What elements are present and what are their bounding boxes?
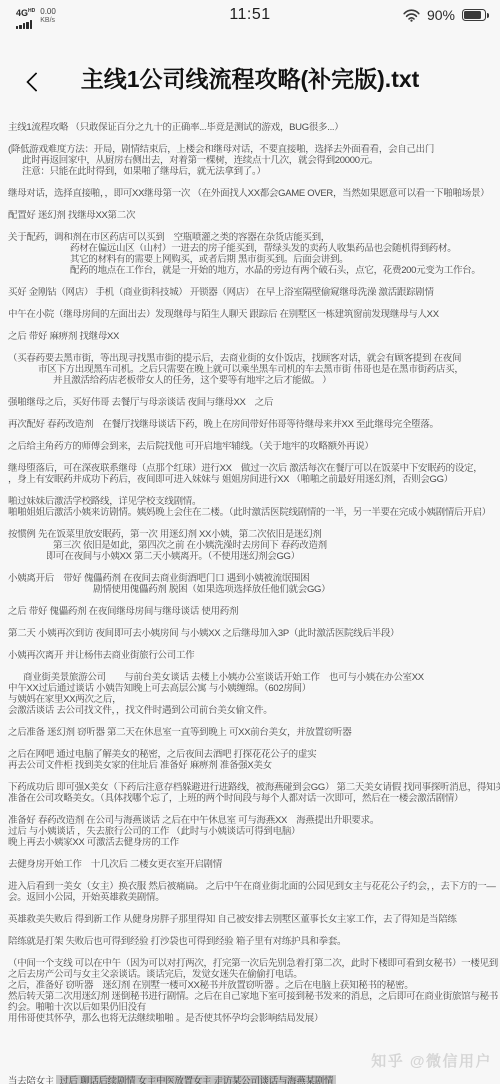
text-line: 之后 带好 麻痹剂 找继母XX (8, 331, 500, 342)
paragraph: 强啪继母之后，买好伟哥 去餐厅与母亲谈话 夜间与继母XX 之后 (8, 397, 500, 408)
text-line: 强啪继母之后，买好伟哥 去餐厅与母亲谈话 夜间与继母XX 之后 (8, 397, 500, 408)
paragraph: 买好 金刚钻（网店） 手机（商业街科技城） 开锁器（网店） 在早上浴室隔壁偷窥继… (8, 287, 500, 298)
text-line: 晚上再去小姨家XX 可激活去健身房的工作 (8, 837, 500, 848)
paragraph: 进入后看到一美女（女主）换衣服 然后被痛扁。 之后中午在商业街北面的公园见到女主… (8, 881, 500, 903)
watermark-label: 知乎 @微信用户 (371, 1050, 492, 1071)
text-line: 之后准备 迷幻剂 窃听器 第二天在休息室一直等到晚上 可XX前台美女，并放置窃听… (8, 727, 500, 738)
paragraph: 第二天 小姨再次到访 夜间即可去小姨房间 与小姨XX 之后继母加入3P（此时激活… (8, 628, 500, 639)
text-line: 之后在网吧 通过电脑了解美女的秘密，之后夜间去酒吧 打探花花公子的虚实 (8, 749, 500, 760)
text-line: 之后给主角药方的师傅会到来，去后院找他 可开启地牢辅线。（关于地牢的攻略额外再说… (8, 441, 500, 452)
text-line: 小姨再次离开 并让杨伟去商业街旅行公司工作 (8, 650, 500, 661)
text-line: 陪练就是打架 失败后也可得到经验 打沙袋也可得到经验 箱子里有对练护具和拳套。 (8, 936, 500, 947)
text-line: （中间一个支线 可以在中午（因为可以对打两次，打完第一次后先别急着打第二次，此时… (8, 958, 500, 969)
text-line: 其它的材料有的需要上网购买，或者后期 黑市街买到。后面会讲到。 (8, 254, 500, 265)
paragraph: 配置好 迷幻剂 找继母XX第二次 (8, 210, 500, 221)
clipped-line-prefix: 当去陪女主 (8, 1076, 56, 1084)
text-line: 再去公司文件柜 找到美女家的住址后 准备好 麻痹剂 准备强X美女 (8, 760, 500, 771)
text-line: 第二天 小姨再次到访 夜间即可去小姨房间 与小姨XX 之后继母加入3P（此时激活… (8, 628, 500, 639)
text-line: (降低游戏难度方法：开局，剧情结束后，上楼会和继母对话，不要直接啪，选择去外面看… (8, 144, 500, 155)
text-line: 剧情使用傀儡药剂 脱困（如果选项选择放任他们就会GG） (8, 584, 500, 595)
clock-time: 11:51 (0, 6, 500, 24)
paragraph: 准备好 春药改造剂 在公司与海燕谈话 之后在中午休息室 可与海燕XX 海燕提出升… (8, 815, 500, 848)
back-button[interactable] (22, 69, 48, 95)
paragraph: 之后准备 迷幻剂 窃听器 第二天在休息室一直等到晚上 可XX前台美女，并放置窃听… (8, 727, 500, 738)
paragraph: （买春药要去黑市街，等出现寻找黑市街的提示后，去商业街的女仆饭店，找顾客对话，就… (8, 353, 500, 386)
text-line: 过后 与小姨谈话 ，失去旅行公司的工作 （此时与小姨谈话可得到电脑） (8, 826, 500, 837)
text-line: 关于配药，调和剂在市区药店可以买到 空瓶喷灌之类的容器在杂货店能买到， (8, 232, 500, 243)
text-line: 主线1流程攻略 （只敢保证百分之九十的正确率...毕竟是测试的游戏，BUG很多.… (8, 122, 500, 133)
clipped-text-line: 当去陪女主 过后 聊话后续剧情 女主中医放置女主 走访某公司谈话与海燕某剧情 (8, 1076, 336, 1084)
file-title: 主线1公司线流程攻略(补完版).txt (60, 61, 440, 94)
text-line: 注意：只能在此时得到，如果啪了继母后，就无法拿到了。） (8, 166, 500, 177)
paragraph: 小姨离开后 带好 傀儡药剂 在夜间去商业街酒吧门口 遇到小姨被流氓围困剧情使用傀… (8, 573, 500, 595)
paragraph: 中午在小院（继母房间的左面出去）发现继母与陌生人聊天 跟踪后 在别墅区一栋建筑窗… (8, 309, 500, 320)
text-line: 继母对话，选择直接啪，，即可XX继母第一次 （在外面找人XX都会GAME OVE… (8, 188, 500, 199)
status-bar: 4GHD 0.00 KB/s 11:51 90% (0, 0, 500, 33)
text-line: 与姨妈在家里XX两次之后， (8, 694, 500, 705)
text-line: 继母堕落后，可在深夜联系继母（点那个红球）进行XX 做过一次后 激活每次在餐厅可… (8, 463, 500, 474)
text-line: 配药的地点在工作台，就是一开始的地方，水晶的旁边有两个破石头，点它，花费200元… (8, 265, 500, 276)
paragraph: 之后 带好 麻痹剂 找继母XX (8, 331, 500, 342)
paragraph: 英雄救美失败后 得到新工作 从健身房胖子那里得知 自己被安排去别墅区董事长女主家… (8, 914, 500, 925)
paragraph: 之后给主角药方的师傅会到来，去后院找他 可开启地牢辅线。（关于地牢的攻略额外再说… (8, 441, 500, 452)
paragraph: 主线1流程攻略 （只敢保证百分之九十的正确率...毕竟是测试的游戏，BUG很多.… (8, 122, 500, 133)
text-line: 商业街美景旅游公司 与前台美女谈话 去楼上小姨办公室谈话开始工作 也可与小姨在办… (8, 672, 500, 683)
text-line: 配置好 迷幻剂 找继母XX第二次 (8, 210, 500, 221)
text-line: 之后，准备好 窃听器 迷幻剂 在别墅一楼可XX秘书并放置窃听器 。之后在电脑上获… (8, 980, 500, 991)
paragraph: 继母对话，选择直接啪，，即可XX继母第一次 （在外面找人XX都会GAME OVE… (8, 188, 500, 199)
paragraph: 小姨再次离开 并让杨伟去商业街旅行公司工作 (8, 650, 500, 661)
text-line: 中午在小院（继母房间的左面出去）发现继母与陌生人聊天 跟踪后 在别墅区一栋建筑窗… (8, 309, 500, 320)
text-line: 此时再返回家中，从厨房右侧出去，对着第一棵树，连续点十几次，就会得到20000元… (8, 155, 500, 166)
paragraph: 按惯例 先在饭菜里放安眠药，第一次 用迷幻剂 XX小姨，第二次依旧是迷幻剂第三次… (8, 529, 500, 562)
text-line: 用伟哥使其怀孕，那么也将无法继续啪啪 。是否使其怀孕均会影响结局发展） (8, 1013, 500, 1024)
text-line: 去健身房开始工作 十几次后 二楼女更衣室开启剧情 (8, 859, 500, 870)
text-line: 之后去房产公司与女主父亲谈话。谈话完后，发觉女迷失在偷偷打电话。 (8, 969, 500, 980)
title-bar: 主线1公司线流程攻略(补完版).txt (0, 33, 500, 110)
paragraph: 继母堕落后，可在深夜联系继母（点那个红球）进行XX 做过一次后 激活每次在餐厅可… (8, 463, 500, 485)
text-line: 进入后看到一美女（女主）换衣服 然后被痛扁。 之后中午在商业街北面的公园见到女主… (8, 881, 500, 892)
text-line: 并且激活给药店老板带女人的任务，这个要等有地牢之后才能做。 ） (8, 375, 500, 386)
text-line: 会。返回小公园，开始英雄救美剧情。 (8, 892, 500, 903)
text-line: 之后 带好 傀儡药剂 在夜间继母房间与继母谈话 使用药剂 (8, 606, 500, 617)
text-line: 小姨离开后 带好 傀儡药剂 在夜间去商业街酒吧门口 遇到小姨被流氓围困 (8, 573, 500, 584)
paragraph: (降低游戏难度方法：开局，剧情结束后，上楼会和继母对话，不要直接啪，选择去外面看… (8, 144, 500, 177)
paragraph: 之后在网吧 通过电脑了解美女的秘密，之后夜间去酒吧 打探花花公子的虚实再去公司文… (8, 749, 500, 771)
text-line: 第三次 依旧是如此，第四次之前 在小姨洗澡时去房间下 春药改造剂 (8, 540, 500, 551)
text-line: 然后转天第二次用迷幻剂 迷倒秘书进行剧情。之后在自己家地下室可接到秘书发来的消息… (8, 991, 500, 1002)
document-body[interactable]: 主线1流程攻略 （只敢保证百分之九十的正确率...毕竟是测试的游戏，BUG很多.… (0, 110, 500, 1024)
back-chevron-icon (26, 72, 46, 92)
text-line: 约会。啪啪十次以后如果仍旧没有 (8, 1002, 500, 1013)
battery-icon (462, 9, 486, 21)
text-line: 即可在夜间与小姨XX 第二天小姨离开。（不使用迷幻剂会GG） (8, 551, 500, 562)
text-line: 再次配好 春药改造剂 在餐厅找继母谈话下药，晚上在房间带好伟哥等待继母来并XX … (8, 419, 500, 430)
text-line: 啪过妹妹后激活学校路线，详见学校支线剧情。 (8, 496, 500, 507)
text-line: 按惯例 先在饭菜里放安眠药，第一次 用迷幻剂 XX小姨，第二次依旧是迷幻剂 (8, 529, 500, 540)
paragraph: 关于配药，调和剂在市区药店可以买到 空瓶喷灌之类的容器在杂货店能买到，药材在偏远… (8, 232, 500, 276)
text-line: 准备好 春药改造剂 在公司与海燕谈话 之后在中午休息室 可与海燕XX 海燕提出升… (8, 815, 500, 826)
text-line: 市区下方出现黑车司机。之后只需要在晚上就可以乘坐黑车司机的车去黑市街 伟哥也是在… (8, 364, 500, 375)
text-line: 准备在公司攻略美女。（具体找哪个忘了，上班的两个时间段与每个人都对话一次即可，然… (8, 793, 500, 804)
text-line: 啪啪姐姐后激活小姨来访剧情。姨妈晚上会住在二楼。（此时激活医院线剧情的一半，另一… (8, 507, 500, 518)
paragraph: 商业街美景旅游公司 与前台美女谈话 去楼上小姨办公室谈话开始工作 也可与小姨在办… (8, 672, 500, 716)
paragraph: 啪过妹妹后激活学校路线，详见学校支线剧情。啪啪姐姐后激活小姨来访剧情。姨妈晚上会… (8, 496, 500, 518)
paragraph: 之后 带好 傀儡药剂 在夜间继母房间与继母谈话 使用药剂 (8, 606, 500, 617)
text-line: 会激活谈话 去公司找文件，，找文件时遇到公司前台美女偷文件。 (8, 705, 500, 716)
text-line: （买春药要去黑市街，等出现寻找黑市街的提示后，去商业街的女仆饭店，找顾客对话，就… (8, 353, 500, 364)
text-line: 药材在偏远山区（山村）一进去的房子能买到，帮绿头发的卖药人收集药品也会随机得到药… (8, 243, 500, 254)
text-line: 英雄救美失败后 得到新工作 从健身房胖子那里得知 自己被安排去别墅区董事长女主家… (8, 914, 500, 925)
phone-screen: 4GHD 0.00 KB/s 11:51 90% (0, 0, 500, 1084)
text-line: ，身上有安眠药并成功下药后，夜间即可进入妹妹与 姐姐房间进行XX （啪啪之前最好… (8, 474, 500, 485)
paragraph: 去健身房开始工作 十几次后 二楼女更衣室开启剧情 (8, 859, 500, 870)
text-line: 下药成功后 即可强X美女（下药后注意存档躲避进行进路线，被海燕碰到会GG） 第二… (8, 782, 500, 793)
clipped-line-highlight: 过后 聊话后续剧情 女主中医放置女主 走访某公司谈话与海燕某剧情 (56, 1075, 336, 1084)
text-line: 中午XX过后通过谈话 小姨告知晚上可去高层公寓 与小姨缠绵。（602房间） (8, 683, 500, 694)
text-line: 买好 金刚钻（网店） 手机（商业街科技城） 开锁器（网店） 在早上浴室隔壁偷窥继… (8, 287, 500, 298)
paragraph: 陪练就是打架 失败后也可得到经验 打沙袋也可得到经验 箱子里有对练护具和拳套。 (8, 936, 500, 947)
paragraph: （中间一个支线 可以在中午（因为可以对打两次，打完第一次后先别急着打第二次，此时… (8, 958, 500, 1024)
paragraph: 再次配好 春药改造剂 在餐厅找继母谈话下药，晚上在房间带好伟哥等待继母来并XX … (8, 419, 500, 430)
paragraph: 下药成功后 即可强X美女（下药后注意存档躲避进行进路线，被海燕碰到会GG） 第二… (8, 782, 500, 804)
